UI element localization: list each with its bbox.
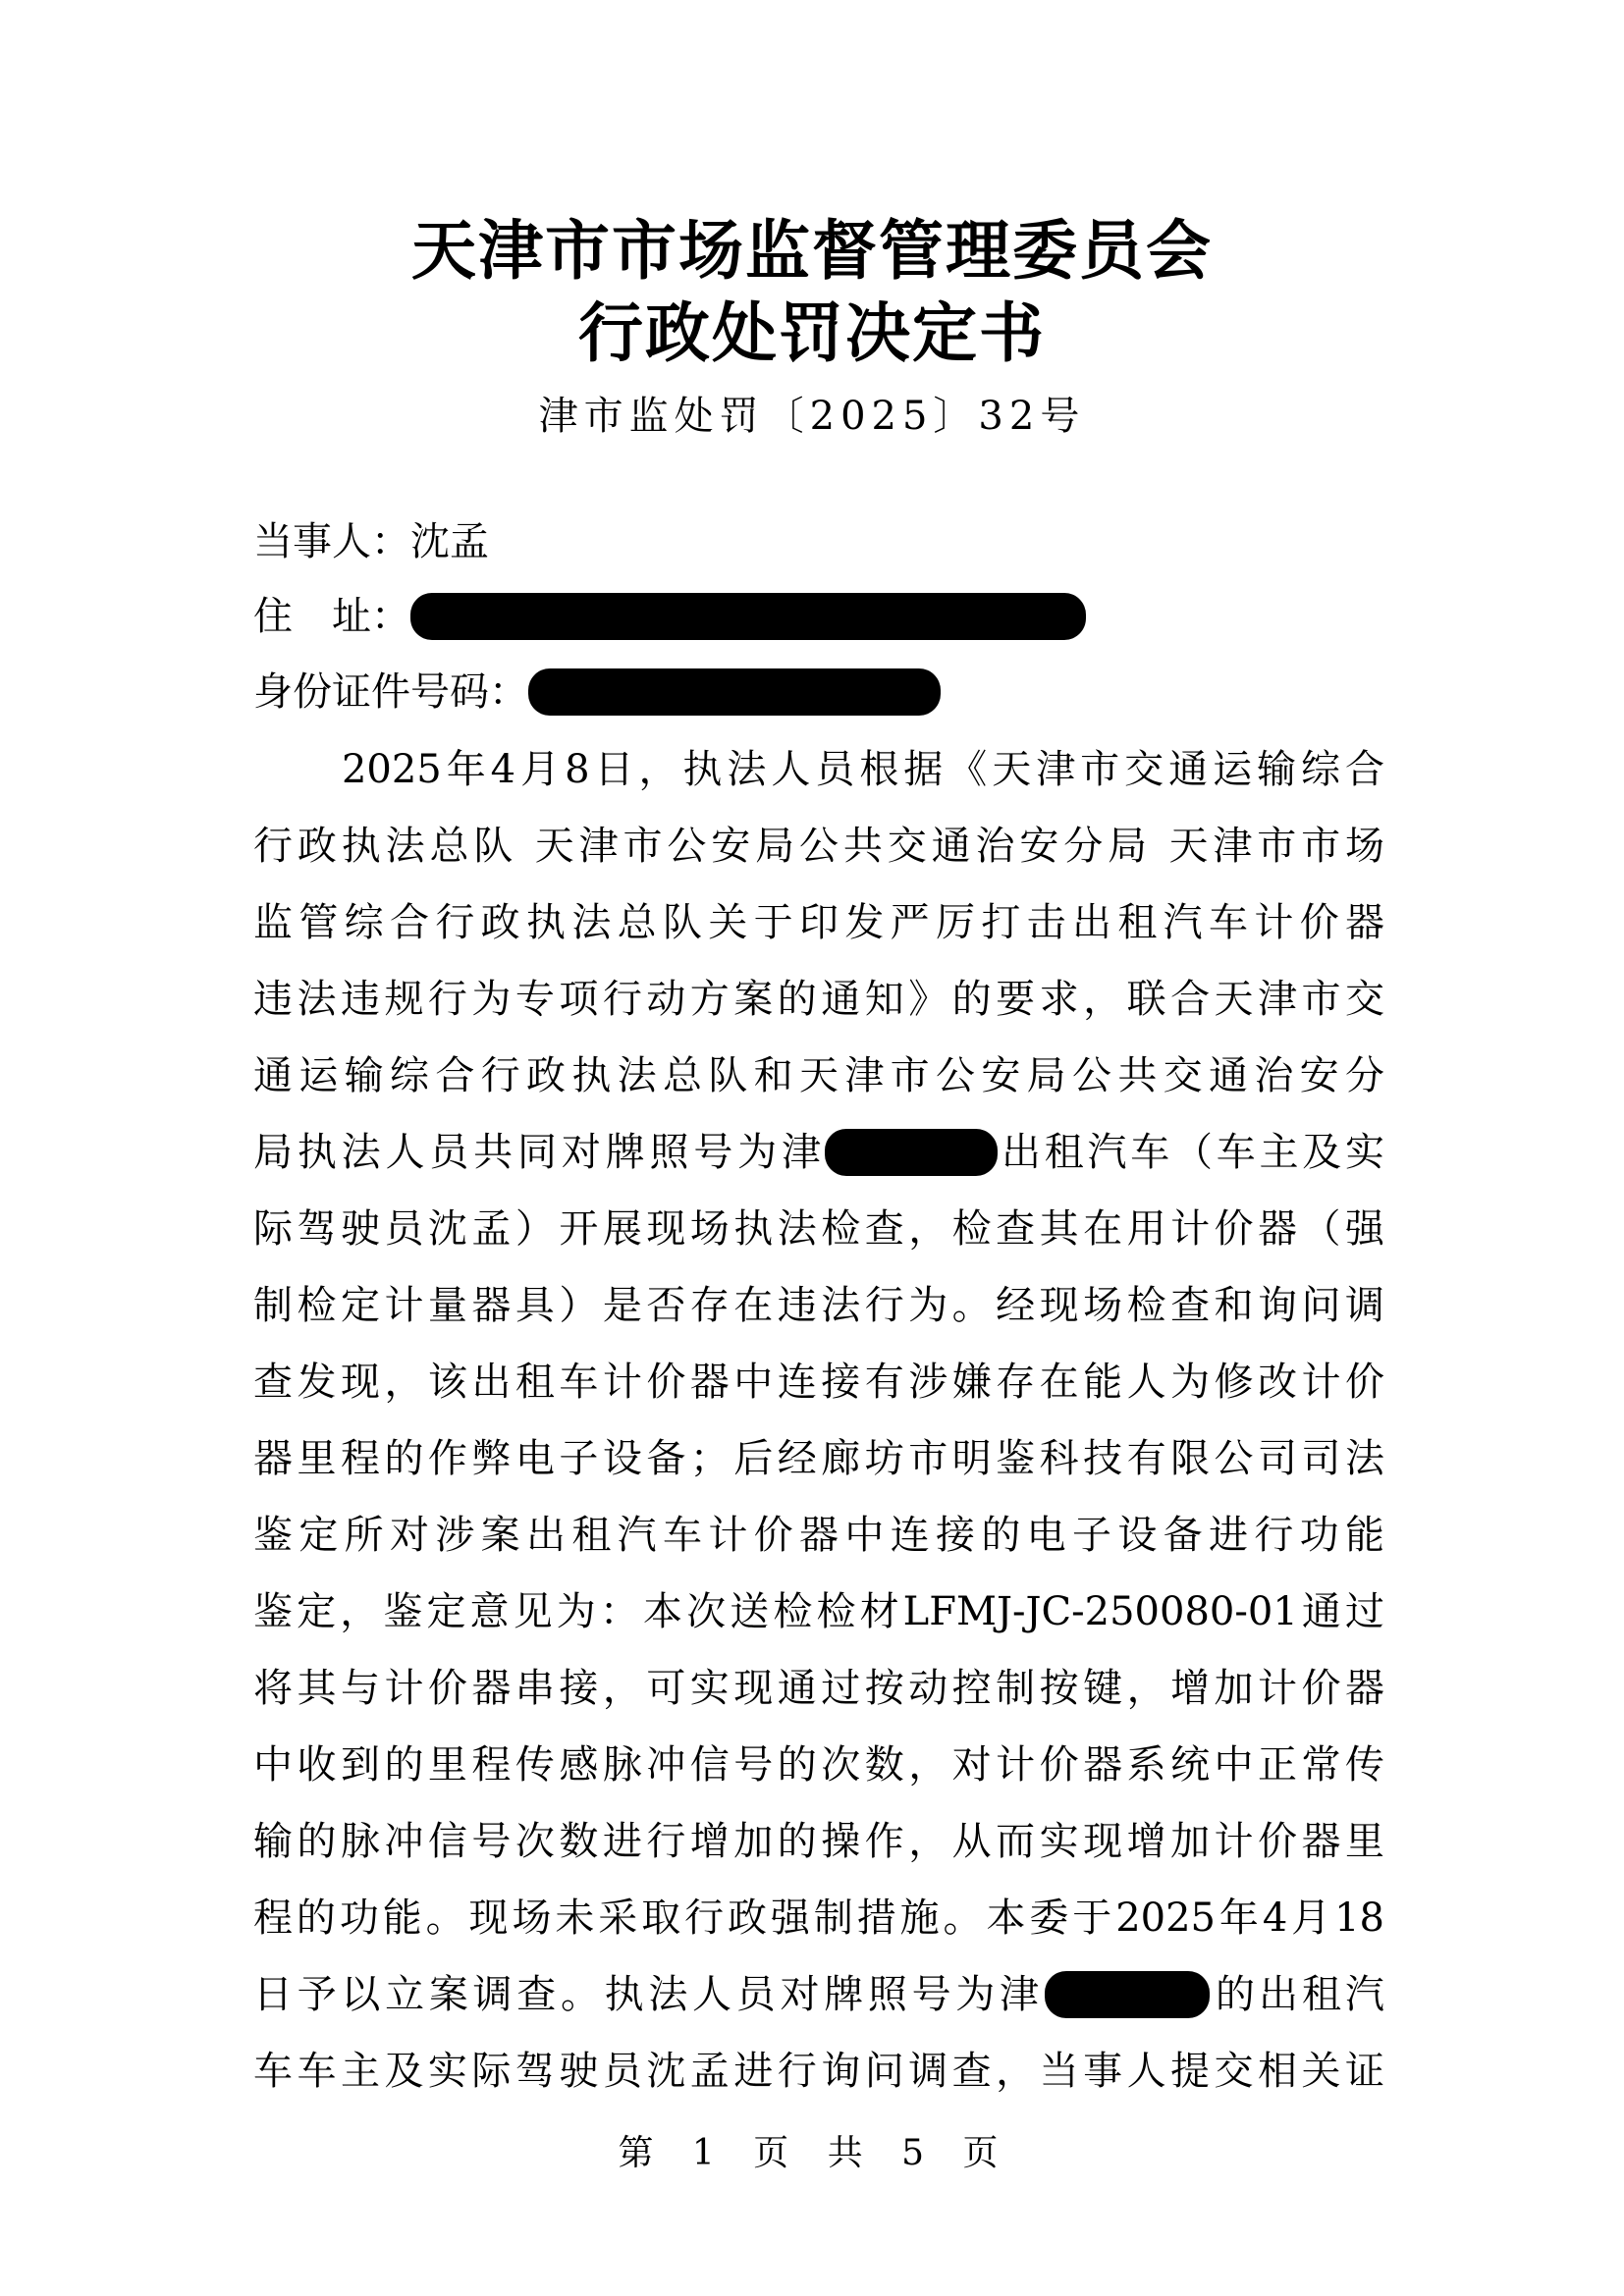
body-line-6-part-a: 局执法人员共同对牌照号为津 (253, 1128, 821, 1177)
document-number: 津市监处罚〔2025〕32号 (0, 397, 1624, 436)
body-line-1: 2025年4月8日，执法人员根据《天津市交通运输综合 (253, 745, 1384, 794)
body-line-4: 违法违规行为专项行动方案的通知》的要求，联合天津市交 (253, 975, 1384, 1024)
body-line-13: 将其与计价器串接，可实现通过按动控制按键，增加计价器 (253, 1664, 1384, 1713)
party-address-label: 住 址： (253, 594, 410, 639)
party-id-row: 身份证件号码： (253, 667, 1384, 717)
body-line-12: 鉴定，鉴定意见为：本次送检检材LFMJ-JC-250080-01通过 (253, 1587, 1384, 1636)
page-indicator: 第 1 页 共 5 页 (0, 2136, 1624, 2171)
id-number-redaction (528, 668, 941, 716)
body-line-6: 局执法人员共同对牌照号为津 出租汽车（车主及实 (253, 1128, 1384, 1177)
party-name-row: 当事人：沈孟 (253, 517, 1384, 566)
body-line-10: 器里程的作弊电子设备；后经廊坊市明鉴科技有限公司司法 (253, 1434, 1384, 1483)
body-line-17: 日予以立案调查。执法人员对牌照号为津 的出租汽 (253, 1970, 1384, 2019)
plate-number-redaction (825, 1129, 998, 1176)
body-line-8: 制检定计量器具）是否存在违法行为。经现场检查和询问调 (253, 1281, 1384, 1330)
body-line-9: 查发现，该出租车计价器中连接有涉嫌存在能人为修改计价 (253, 1358, 1384, 1407)
body-line-7: 际驾驶员沈孟）开展现场执法检查，检查其在用计价器（强 (253, 1204, 1384, 1254)
body-line-17-part-b: 的出租汽 (1216, 1970, 1384, 2019)
document-type-title: 行政处罚决定书 (0, 300, 1624, 365)
party-address-row: 住 址： (253, 592, 1384, 641)
party-id-label: 身份证件号码： (253, 669, 528, 715)
body-line-5: 通运输综合行政执法总队和天津市公安局公共交通治安分 (253, 1051, 1384, 1100)
body-line-6-part-b: 出租汽车（车主及实 (1001, 1128, 1384, 1177)
body-line-16: 程的功能。现场未采取行政强制措施。本委于2025年4月18 (253, 1894, 1384, 1943)
party-name-label: 当事人： (253, 519, 410, 564)
body-line-2: 行政执法总队 天津市公安局公共交通治安分局 天津市市场 (253, 822, 1384, 871)
party-name-value: 沈孟 (410, 519, 489, 564)
address-redaction (410, 593, 1086, 640)
body-line-11: 鉴定所对涉案出租汽车计价器中连接的电子设备进行功能 (253, 1511, 1384, 1560)
body-line-15: 输的脉冲信号次数进行增加的操作，从而实现增加计价器里 (253, 1817, 1384, 1866)
plate-number-redaction-2 (1045, 1971, 1210, 2018)
body-line-14: 中收到的里程传感脉冲信号的次数，对计价器系统中正常传 (253, 1740, 1384, 1789)
body-line-3: 监管综合行政执法总队关于印发严厉打击出租汽车计价器 (253, 898, 1384, 947)
issuing-authority-title: 天津市市场监督管理委员会 (0, 218, 1624, 283)
body-line-18: 车车主及实际驾驶员沈孟进行询问调查，当事人提交相关证 (253, 2047, 1384, 2096)
body-line-17-part-a: 日予以立案调查。执法人员对牌照号为津 (253, 1970, 1039, 2019)
